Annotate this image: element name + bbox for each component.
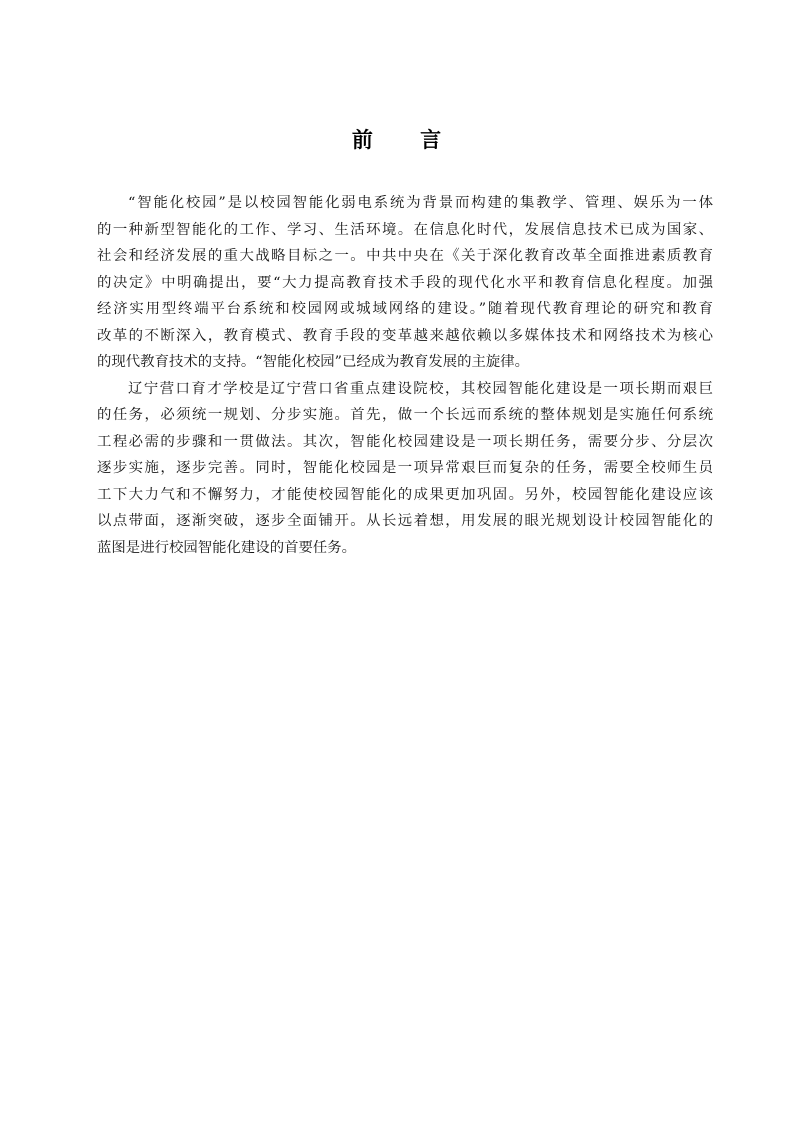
paragraph-line: 经济实用型终端平台系统和校园网或城域网络的建设。”随着现代教育理论的研究和教育 [97,296,713,323]
document-page: 前 言 “智能化校园”是以校园智能化弱电系统为背景而构建的集教学、管理、娱乐为一… [0,0,793,1122]
paragraph-line: 以点带面，逐渐突破，逐步全面铺开。从长远着想，用发展的眼光规划设计校园智能化的 [97,508,713,535]
paragraph-2: 辽宁营口育才学校是辽宁营口省重点建设院校，其校园智能化建设是一项长期而艰巨 的任… [97,376,713,562]
document-body: “智能化校园”是以校园智能化弱电系统为背景而构建的集教学、管理、娱乐为一体 的一… [97,190,713,561]
paragraph-line: 工程必需的步骤和一贯做法。其次，智能化校园建设是一项长期任务，需要分步、分层次 [97,429,713,456]
paragraph-line: 逐步实施，逐步完善。同时，智能化校园是一项异常艰巨而复杂的任务，需要全校师生员 [97,455,713,482]
paragraph-line: 的一种新型智能化的工作、学习、生活环境。在信息化时代，发展信息技术已成为国家、 [97,217,713,244]
paragraph-line: “智能化校园”是以校园智能化弱电系统为背景而构建的集教学、管理、娱乐为一体 [97,190,713,217]
paragraph-line: 改革的不断深入，教育模式、教育手段的变革越来越依赖以多媒体技术和网络技术为核心 [97,323,713,350]
paragraph-line: 的决定》中明确提出，要“大力提高教育技术手段的现代化水平和教育信息化程度。加强 [97,270,713,297]
paragraph-1: “智能化校园”是以校园智能化弱电系统为背景而构建的集教学、管理、娱乐为一体 的一… [97,190,713,376]
page-title: 前 言 [0,125,793,155]
paragraph-line: 蓝图是进行校园智能化建设的首要任务。 [97,535,713,562]
paragraph-line: 的现代教育技术的支持。“智能化校园”已经成为教育发展的主旋律。 [97,349,713,376]
paragraph-line: 工下大力气和不懈努力，才能使校园智能化的成果更加巩固。另外，校园智能化建设应该 [97,482,713,509]
paragraph-line: 社会和经济发展的重大战略目标之一。中共中央在《关于深化教育改革全面推进素质教育 [97,243,713,270]
paragraph-line: 辽宁营口育才学校是辽宁营口省重点建设院校，其校园智能化建设是一项长期而艰巨 [97,376,713,403]
paragraph-line: 的任务，必须统一规划、分步实施。首先，做一个长远而系统的整体规划是实施任何系统 [97,402,713,429]
